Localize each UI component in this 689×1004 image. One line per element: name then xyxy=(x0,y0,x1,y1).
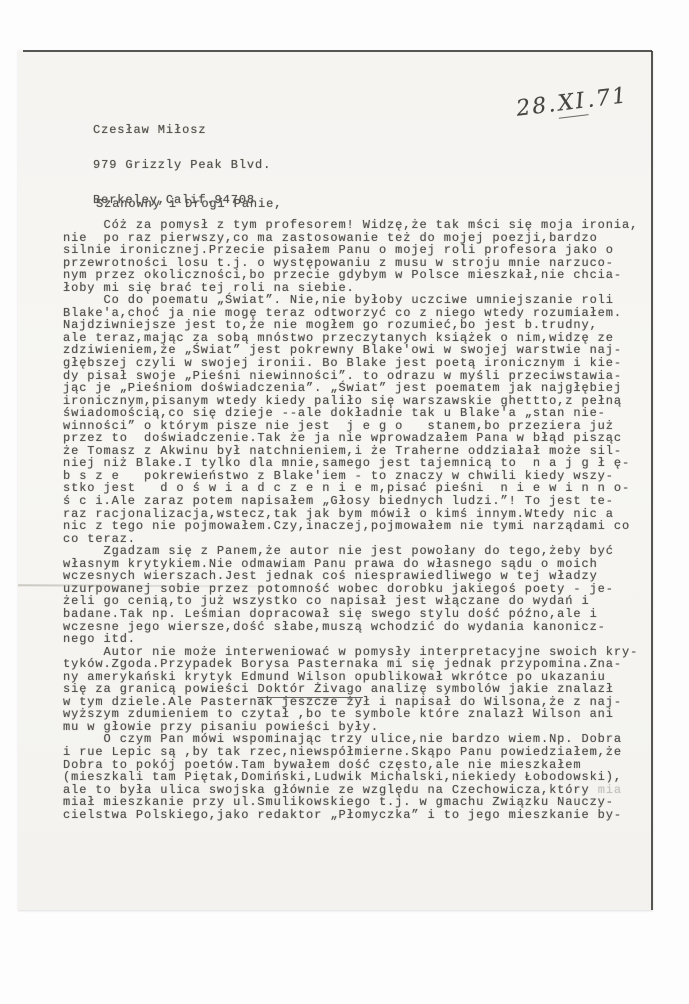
letter-line: wczesnych wierszach.Jest jednak coś nies… xyxy=(63,570,638,583)
letter-line: badane.Tak np. Leśmian dopracował się sw… xyxy=(63,608,638,621)
letter-line: świadomością,co się dzieje --ale dokładn… xyxy=(63,407,638,420)
letter-line: się za granicą powieści Doktór Żivago an… xyxy=(63,683,638,696)
letter-line: wczesne jego wiersze,dość słabe,muszą wc… xyxy=(63,621,638,634)
letter-line: ś c i.Ale zaraz potem napisałem „Głosy b… xyxy=(63,495,638,508)
letter-line: miał mieszkanie przy ul.Smulikowskiego t… xyxy=(63,796,638,809)
letter-line: nic z tego nie pojmowałem.Czy,inaczej,po… xyxy=(63,520,638,533)
handwritten-date: 28.XI.71 xyxy=(515,83,630,122)
letter-line: nym przez okoliczności,bo przecie gdybym… xyxy=(63,269,638,282)
decorated-text: mia xyxy=(598,783,622,797)
sender-line: Czesław Miłosz xyxy=(93,125,271,137)
letter-line: nego itd. xyxy=(63,633,638,646)
letter-line: cielstwa Polskiego,jako redaktor „Płomyc… xyxy=(63,809,638,822)
letter-line: Zgadzam się z Panem,że autor nie jest po… xyxy=(63,545,638,558)
letter-line: głębszej czyli w swojej ironii. Bo Blake… xyxy=(63,357,638,370)
letter-paragraph: O czym Pan mówi wspominając trzy ulice,n… xyxy=(63,733,638,821)
letter-line: przez to doświadczenie.Tak że ja nie wpr… xyxy=(63,432,638,445)
letter-line: wyższym zdumieniem to czytał ,bo te symb… xyxy=(63,708,638,721)
letter-line: silnie ironicznej.Przecie pisałem Panu o… xyxy=(63,244,638,257)
letter-page: Czesław Miłosz 979 Grizzly Peak Blvd. Be… xyxy=(18,50,653,910)
letter-paragraph: Co do poematu „Świat”. Nie,nie byłoby uc… xyxy=(63,294,638,545)
date-year: .71 xyxy=(586,83,630,113)
letter-paragraph: Autor nie może interweniować w pomysły i… xyxy=(63,646,638,734)
scan-background: Czesław Miłosz 979 Grizzly Peak Blvd. Be… xyxy=(0,0,689,1004)
letter-line: Co do poematu „Świat”. Nie,nie byłoby uc… xyxy=(63,294,638,307)
letter-paragraph: Cóż za pomysł z tym profesorem! Widzę,że… xyxy=(63,219,638,294)
letter-line: (mieszkali tam Piętak,Domiński,Ludwik Mi… xyxy=(63,771,638,784)
date-month: XI xyxy=(556,88,589,118)
date-day: 28. xyxy=(515,92,559,122)
letter-body: Cóż za pomysł z tym profesorem! Widzę,że… xyxy=(63,219,638,821)
letter-line: tyków.Zgoda.Przypadek Borysa Pasternaka … xyxy=(63,658,638,671)
salutation: Szanowny i Drogi Panie, xyxy=(96,198,282,211)
letter-paragraph: Zgadzam się z Panem,że autor nie jest po… xyxy=(63,545,638,645)
letter-line: Cóż za pomysł z tym profesorem! Widzę,że… xyxy=(63,219,638,232)
sender-line: 979 Grizzly Peak Blvd. xyxy=(93,160,271,172)
letter-line: jąc je „Pieśniom doświadczenia”. „Świat”… xyxy=(63,382,638,395)
letter-line: i rue Lepic są ,by tak rzec,niewspółmier… xyxy=(63,746,638,759)
